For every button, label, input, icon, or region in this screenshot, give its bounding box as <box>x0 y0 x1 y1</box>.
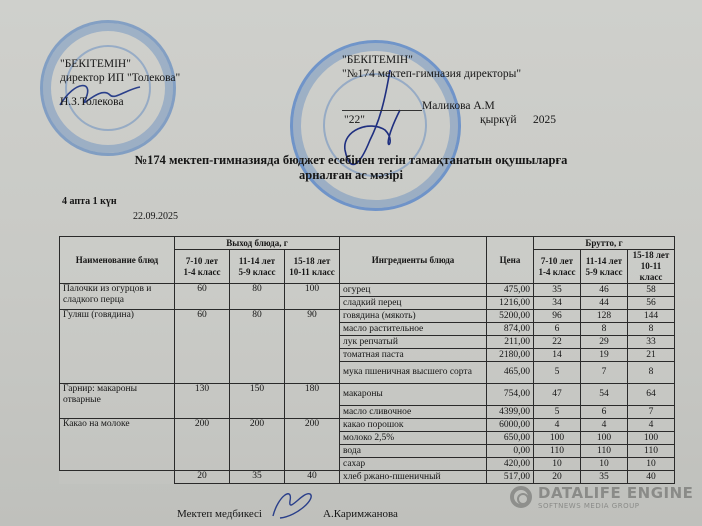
ingredient-price: 754,00 <box>487 384 534 406</box>
header-dish-name: Наименование блюд <box>60 237 175 284</box>
yield-age-group-header: 15-18 лет10-11 класс <box>285 250 340 284</box>
ingredient-gross: 33 <box>628 336 675 349</box>
ingredient-gross: 19 <box>581 349 628 362</box>
ingredient-gross: 100 <box>628 432 675 445</box>
approval-year: 2025 <box>533 114 556 126</box>
table-row: Гуляш (говядина)608090говядина (мякоть)5… <box>60 310 675 323</box>
table-row: Гарнир: макароны отварные130150180макаро… <box>60 384 675 406</box>
approval-right-name: Маликова А.М <box>422 100 495 112</box>
ingredient-gross: 44 <box>581 297 628 310</box>
ingredient-gross: 128 <box>581 310 628 323</box>
ingredient-price: 517,00 <box>487 471 534 484</box>
dish-yield: 200 <box>285 419 340 471</box>
footer-role: Мектеп медбикесі <box>177 508 262 520</box>
watermark-subtitle: SOFTNEWS MEDIA GROUP <box>538 502 693 510</box>
approval-left-heading: "БЕКІТЕМІН" <box>60 58 131 70</box>
dish-yield: 100 <box>285 284 340 310</box>
ingredient-gross: 40 <box>628 471 675 484</box>
watermark: DATALIFE ENGINE SOFTNEWS MEDIA GROUP <box>510 484 693 510</box>
ingredient-gross: 47 <box>534 384 581 406</box>
watermark-title: DATALIFE ENGINE <box>538 484 693 502</box>
age-label: 7-10 лет <box>178 256 226 267</box>
dish-name: Какао на молоке <box>60 419 175 471</box>
ingredient-gross: 7 <box>581 362 628 384</box>
week-day-label: 4 апта 1 күн <box>62 196 117 207</box>
datalife-logo-icon <box>510 486 532 508</box>
age-label: 7-10 лет <box>537 256 577 267</box>
ingredient-name: огурец <box>340 284 487 297</box>
ingredient-gross: 35 <box>581 471 628 484</box>
header-ingredients: Ингредиенты блюда <box>340 237 487 284</box>
ingredient-gross: 14 <box>534 349 581 362</box>
ingredient-price: 0,00 <box>487 445 534 458</box>
ingredient-name: мука пшеничная высшего сорта <box>340 362 487 384</box>
ingredient-name: томатная паста <box>340 349 487 362</box>
ingredient-price: 5200,00 <box>487 310 534 323</box>
ingredient-name: макароны <box>340 384 487 406</box>
ingredient-gross: 22 <box>534 336 581 349</box>
ingredient-gross: 8 <box>581 323 628 336</box>
ingredient-gross: 58 <box>628 284 675 297</box>
ingredient-price: 475,00 <box>487 284 534 297</box>
gross-age-group-header: 11-14 лет5-9 класс <box>581 250 628 284</box>
grade-label: 1-4 класс <box>178 267 226 278</box>
document-title: №174 мектеп-гимназияда бюджет есебінен т… <box>0 153 702 168</box>
grade-label: 10-11 класс <box>288 267 336 278</box>
approval-left-name: Н.З.Толекова <box>60 96 124 108</box>
dish-yield: 90 <box>285 310 340 384</box>
ingredient-gross: 6 <box>534 323 581 336</box>
ingredient-name: хлеб ржано-пшеничный <box>340 471 487 484</box>
ingredient-gross: 7 <box>628 406 675 419</box>
ingredient-gross: 110 <box>628 445 675 458</box>
dish-yield: 20 <box>175 471 230 484</box>
dish-yield: 60 <box>175 310 230 384</box>
ingredient-price: 1216,00 <box>487 297 534 310</box>
dish-yield: 180 <box>285 384 340 419</box>
dish-name <box>60 471 175 484</box>
signature-footer-icon <box>268 486 318 522</box>
ingredient-gross: 100 <box>534 432 581 445</box>
ingredient-gross: 4 <box>628 419 675 432</box>
ingredient-name: молоко 2,5% <box>340 432 487 445</box>
dish-yield: 60 <box>175 284 230 310</box>
table-row: 203540хлеб ржано-пшеничный517,00203540 <box>60 471 675 484</box>
header-price: Цена <box>487 237 534 284</box>
age-label: 11-14 лет <box>233 256 281 267</box>
approval-day: "22" <box>344 114 365 126</box>
header-yield: Выход блюда, г <box>175 237 340 250</box>
age-label: 15-18 лет <box>288 256 336 267</box>
ingredient-gross: 35 <box>534 284 581 297</box>
ingredient-name: сладкий перец <box>340 297 487 310</box>
table-row: Палочки из огурцов и сладкого перца60801… <box>60 284 675 297</box>
approval-right-heading: "БЕКІТЕМІН" <box>342 54 413 66</box>
dish-yield: 130 <box>175 384 230 419</box>
ingredient-name: масло растительное <box>340 323 487 336</box>
dish-name: Гарнир: макароны отварные <box>60 384 175 419</box>
ingredient-gross: 46 <box>581 284 628 297</box>
menu-table: Наименование блюд Выход блюда, г Ингреди… <box>59 236 675 484</box>
ingredient-price: 465,00 <box>487 362 534 384</box>
ingredient-price: 874,00 <box>487 323 534 336</box>
dish-name: Гуляш (говядина) <box>60 310 175 384</box>
dish-name: Палочки из огурцов и сладкого перца <box>60 284 175 310</box>
ingredient-name: сахар <box>340 458 487 471</box>
ingredient-gross: 10 <box>534 458 581 471</box>
grade-label: 1-4 класс <box>537 267 577 278</box>
ingredient-price: 211,00 <box>487 336 534 349</box>
ingredient-gross: 5 <box>534 362 581 384</box>
ingredient-gross: 29 <box>581 336 628 349</box>
document-subtitle: арналған ас мәзірі <box>0 168 702 183</box>
ingredient-gross: 20 <box>534 471 581 484</box>
table-row: Какао на молоке200200200какао порошок600… <box>60 419 675 432</box>
grade-label: 5-9 класс <box>584 267 624 278</box>
ingredient-gross: 54 <box>581 384 628 406</box>
ingredient-gross: 4 <box>581 419 628 432</box>
approval-right-position: "№174 мектеп-гимназия директоры" <box>342 68 521 80</box>
ingredient-gross: 144 <box>628 310 675 323</box>
ingredient-gross: 10 <box>628 458 675 471</box>
ingredient-gross: 8 <box>628 362 675 384</box>
approval-month: қыркүй <box>480 114 517 126</box>
grade-label: 5-9 класс <box>233 267 281 278</box>
ingredient-name: какао порошок <box>340 419 487 432</box>
ingredient-name: вода <box>340 445 487 458</box>
dish-yield: 150 <box>230 384 285 419</box>
ingredient-gross: 6 <box>581 406 628 419</box>
ingredient-name: лук репчатый <box>340 336 487 349</box>
ingredient-gross: 21 <box>628 349 675 362</box>
dish-yield: 40 <box>285 471 340 484</box>
ingredient-gross: 8 <box>628 323 675 336</box>
signature-line <box>342 110 422 111</box>
header-gross: Брутто, г <box>534 237 675 250</box>
yield-age-group-header: 11-14 лет5-9 класс <box>230 250 285 284</box>
ingredient-gross: 64 <box>628 384 675 406</box>
ingredient-price: 6000,00 <box>487 419 534 432</box>
ingredient-gross: 110 <box>534 445 581 458</box>
ingredient-gross: 4 <box>534 419 581 432</box>
ingredient-gross: 100 <box>581 432 628 445</box>
dish-yield: 80 <box>230 284 285 310</box>
dish-yield: 35 <box>230 471 285 484</box>
yield-age-group-header: 7-10 лет1-4 класс <box>175 250 230 284</box>
ingredient-gross: 10 <box>581 458 628 471</box>
ingredient-gross: 110 <box>581 445 628 458</box>
ingredient-gross: 5 <box>534 406 581 419</box>
gross-age-group-header: 7-10 лет1-4 класс <box>534 250 581 284</box>
gross-age-group-header: 15-18 лет10-11 класс <box>628 250 675 284</box>
dish-yield: 200 <box>230 419 285 471</box>
age-label: 15-18 лет <box>631 250 671 261</box>
document-page: "БЕКІТЕМІН" директор ИП "Толекова" Н.З.Т… <box>0 0 702 526</box>
dish-yield: 200 <box>175 419 230 471</box>
dish-yield: 80 <box>230 310 285 384</box>
ingredient-price: 650,00 <box>487 432 534 445</box>
ingredient-gross: 34 <box>534 297 581 310</box>
ingredient-price: 420,00 <box>487 458 534 471</box>
ingredient-name: говядина (мякоть) <box>340 310 487 323</box>
footer-name: А.Каримжанова <box>323 508 398 520</box>
grade-label: 10-11 класс <box>631 261 671 283</box>
ingredient-name: масло сливочное <box>340 406 487 419</box>
ingredient-price: 2180,00 <box>487 349 534 362</box>
ingredient-price: 4399,00 <box>487 406 534 419</box>
ingredient-gross: 56 <box>628 297 675 310</box>
menu-date: 22.09.2025 <box>133 211 178 222</box>
ingredient-gross: 96 <box>534 310 581 323</box>
approval-left-position: директор ИП "Толекова" <box>60 72 180 84</box>
age-label: 11-14 лет <box>584 256 624 267</box>
